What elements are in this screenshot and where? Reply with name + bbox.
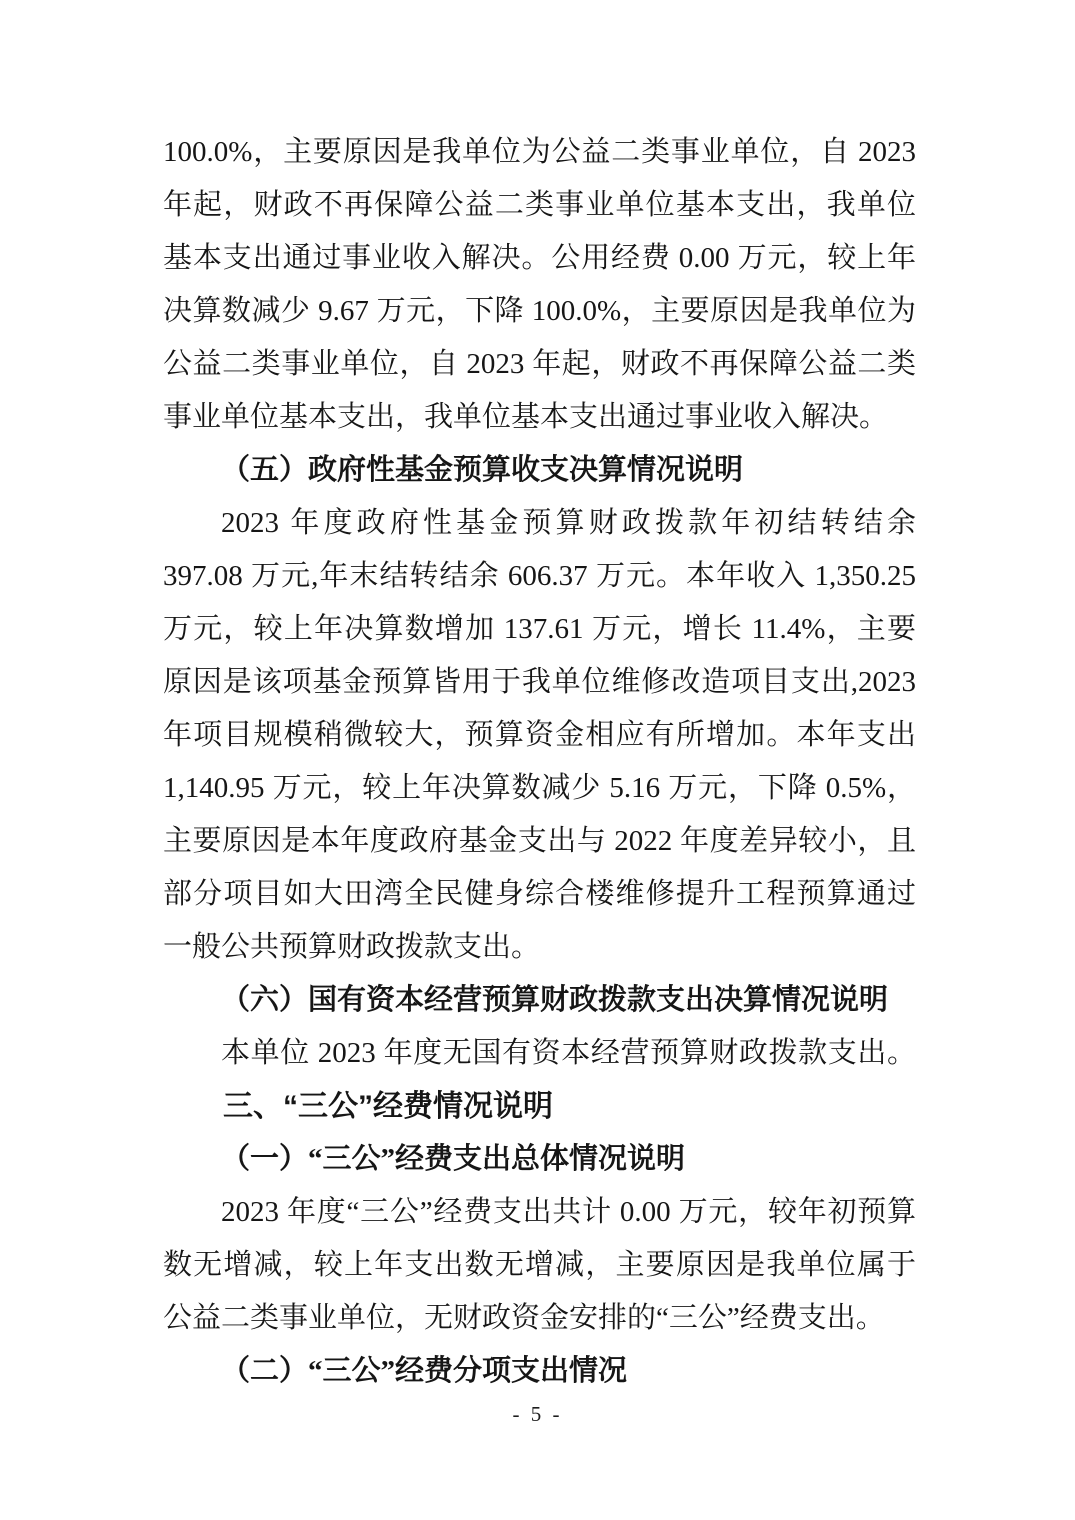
document-page: 100.0%，主要原因是我单位为公益二类事业单位，自 2023 年起，财政不再保… [0, 0, 1075, 1520]
document-body: 100.0%，主要原因是我单位为公益二类事业单位，自 2023 年起，财政不再保… [163, 126, 916, 1398]
page-number: - 5 - [0, 1402, 1075, 1427]
section-heading-1: （一）“三公”经费支出总体情况说明 [163, 1133, 916, 1186]
paragraph-government-fund: 2023 年度政府性基金预算财政拨款年初结转结余 397.08 万元,年末结转结… [163, 497, 916, 974]
section-heading-6: （六）国有资本经营预算财政拨款支出决算情况说明 [163, 974, 916, 1027]
paragraph-state-capital: 本单位 2023 年度无国有资本经营预算财政拨款支出。 [163, 1027, 916, 1080]
paragraph-three-public-total: 2023 年度“三公”经费支出共计 0.00 万元，较年初预算数无增减，较上年支… [163, 1186, 916, 1345]
section-heading-5: （五）政府性基金预算收支决算情况说明 [163, 444, 916, 497]
paragraph-continuation: 100.0%，主要原因是我单位为公益二类事业单位，自 2023 年起，财政不再保… [163, 126, 916, 444]
section-heading-2: （二）“三公”经费分项支出情况 [163, 1345, 916, 1398]
chapter-heading-three-public: 三、“三公”经费情况说明 [163, 1080, 916, 1133]
